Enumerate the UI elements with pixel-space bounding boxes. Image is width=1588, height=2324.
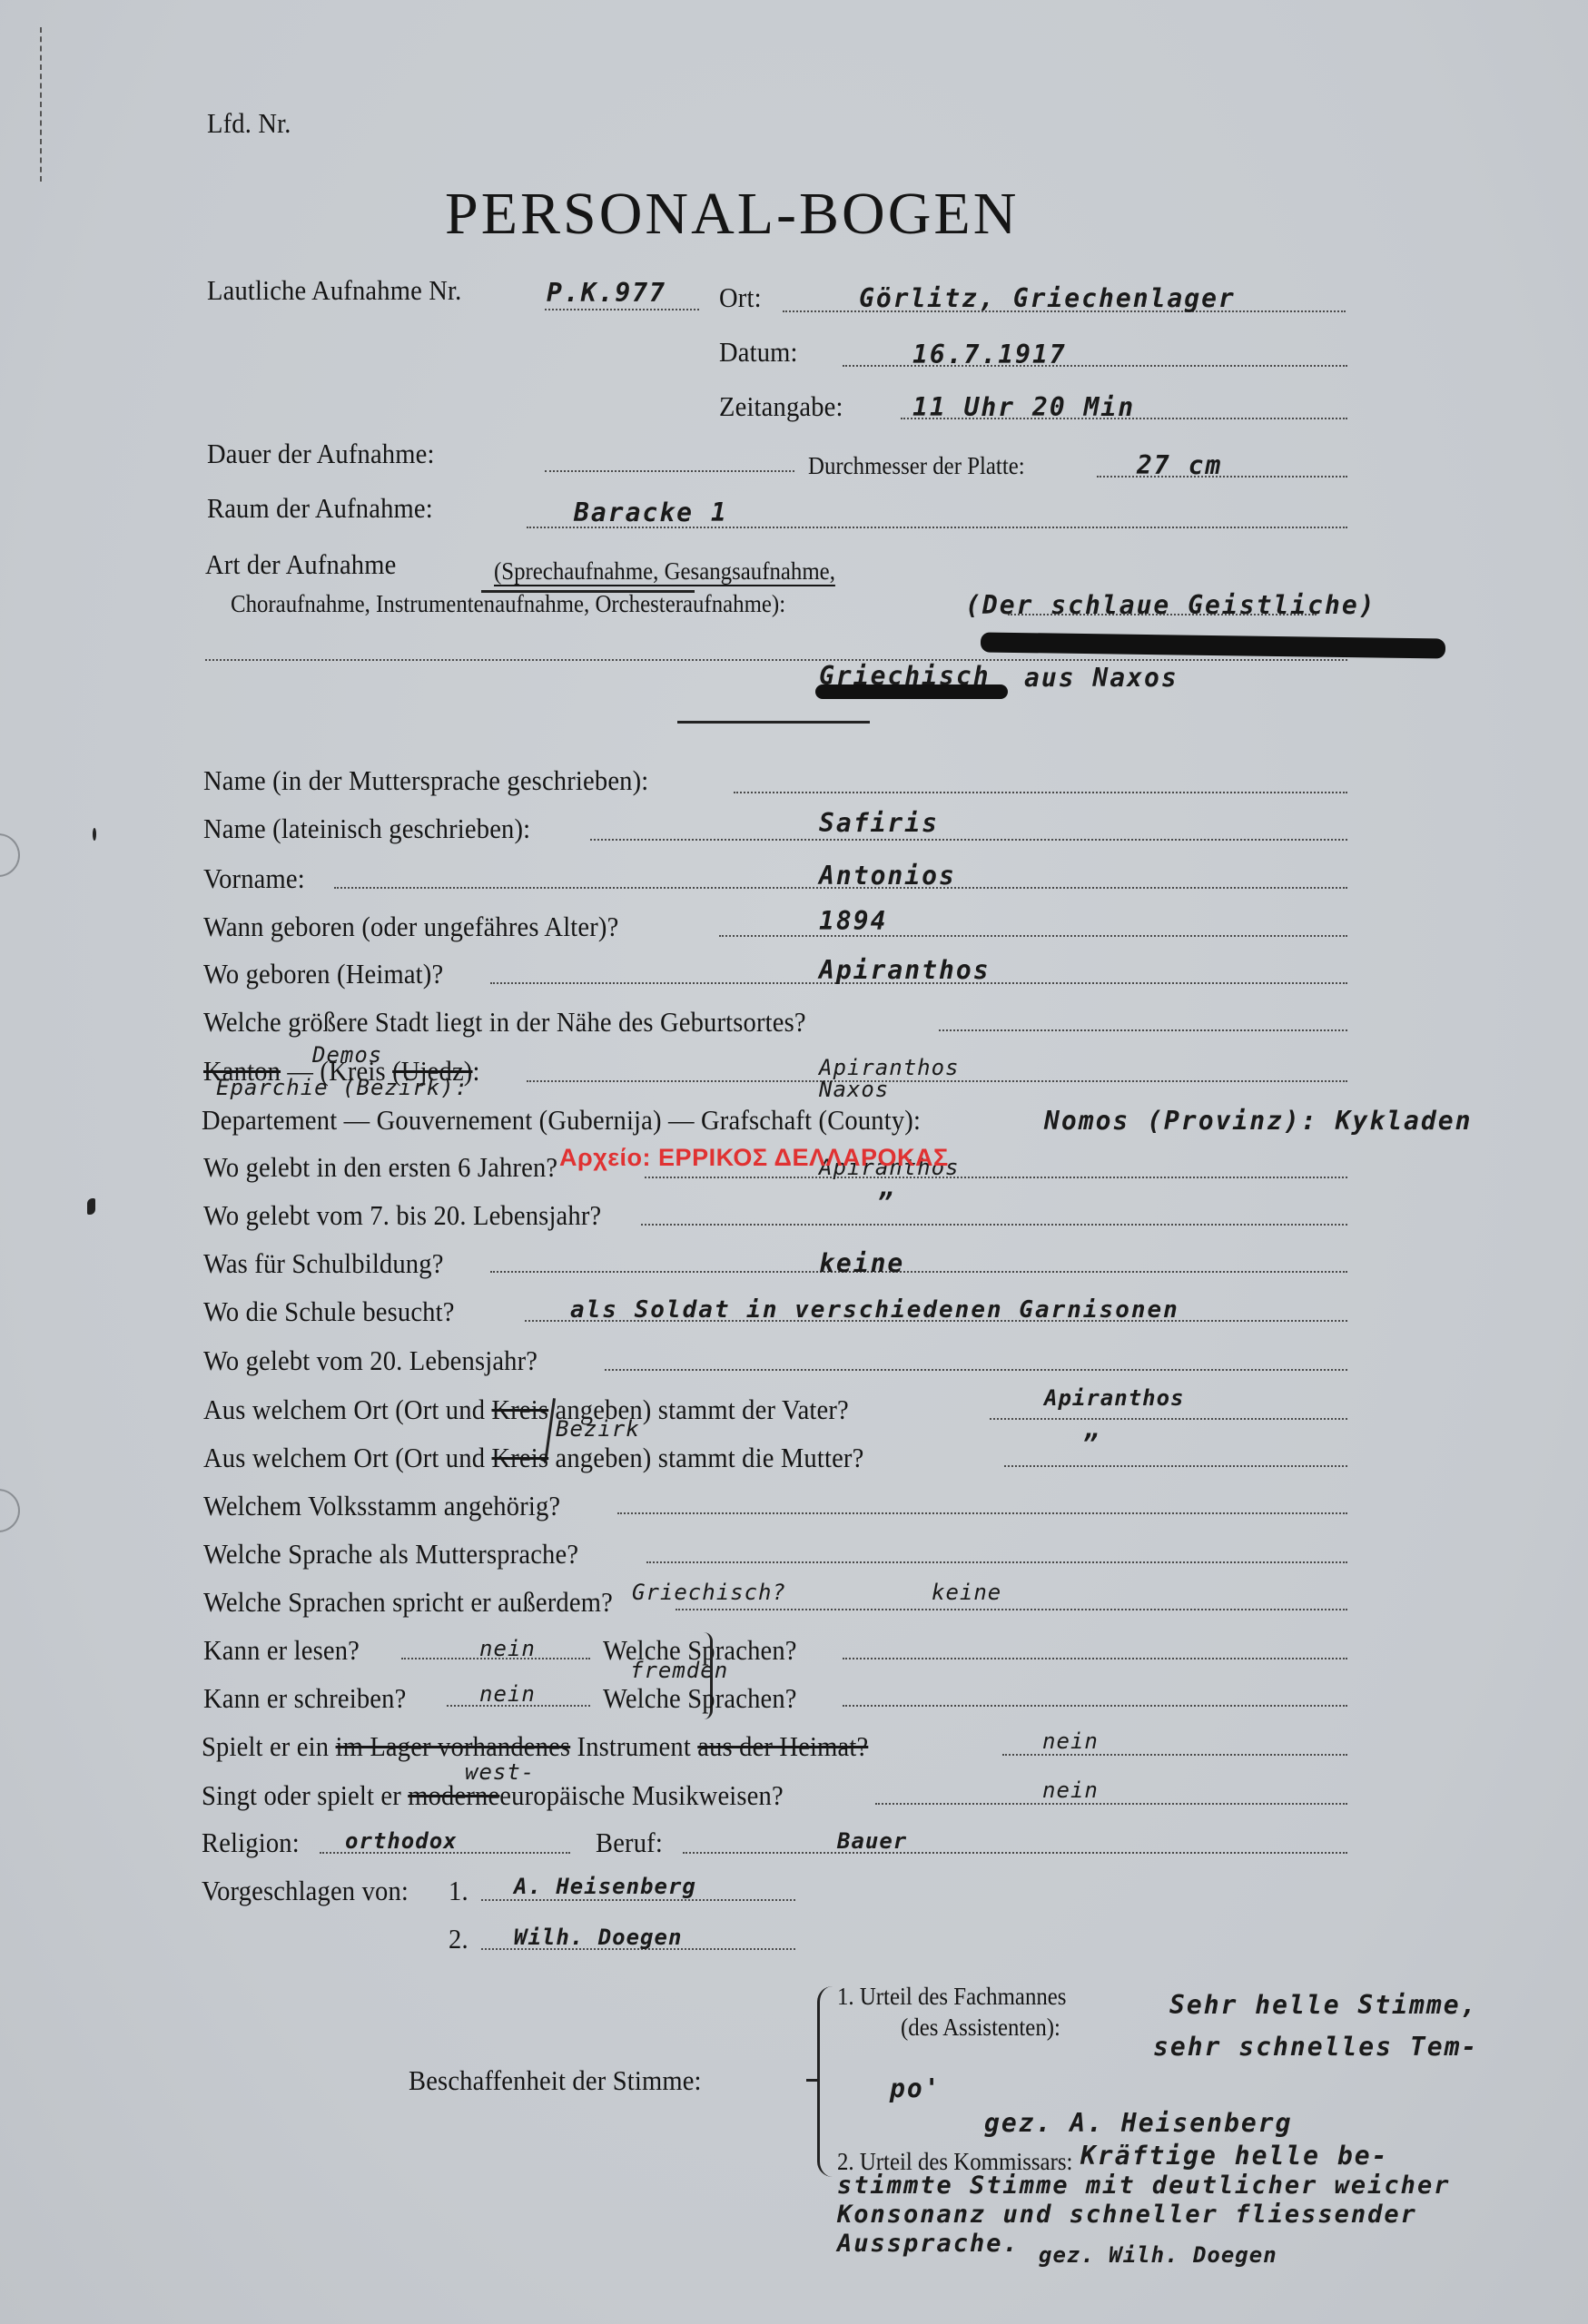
schreiben-sprachen-field-line xyxy=(843,1705,1347,1707)
eparchie-label: Eparchie (Bezirk): xyxy=(216,1075,469,1100)
urteil1-label-line2: (des Assistenten): xyxy=(901,2014,1060,2042)
musik-label-b: europäische Musikweisen? xyxy=(499,1779,783,1811)
musik-label-a: Singt oder spielt er xyxy=(202,1779,401,1811)
document-page: Lfd. Nr. PERSONAL-BOGEN Lautliche Aufnah… xyxy=(0,0,1588,2324)
mutter-label-a: Aus welchem Ort (Ort und xyxy=(203,1442,485,1473)
beruf-label: Beruf: xyxy=(596,1827,663,1859)
heimat-label: Wo geboren (Heimat)? xyxy=(203,958,443,990)
musik-label: Singt oder spielt er moderneeuropäische … xyxy=(202,1779,784,1812)
fremden-insert: fremden xyxy=(630,1658,728,1683)
urteil2-text-line2: stimmte Stimme mit deutlicher weicher xyxy=(837,2171,1450,2200)
urteil1-signature: gez. A. Heisenberg xyxy=(984,2108,1292,2138)
schulbildung-value: keine xyxy=(819,1248,904,1278)
musik-field-line xyxy=(875,1803,1347,1805)
section-divider xyxy=(677,721,870,724)
geboren-label: Wann geboren (oder ungefähres Alter)? xyxy=(203,911,618,943)
aufnahme-nr-label: Lautliche Aufnahme Nr. xyxy=(207,274,461,307)
aufnahme-nr-field-line xyxy=(545,309,699,310)
art-option-sprechaufnahme: (Sprechaufnahme, Gesangsaufnahme, xyxy=(494,557,835,585)
vorgeschlagen-1-num: 1. xyxy=(449,1875,469,1907)
musik-struck-moderne: moderne xyxy=(408,1779,499,1811)
punch-hole-mark xyxy=(0,833,20,877)
erste6-field-line xyxy=(645,1177,1347,1178)
name-latein-label: Name (lateinisch geschrieben): xyxy=(203,812,530,845)
instrument-struck-heimat: aus der Heimat? xyxy=(697,1730,868,1762)
departement-value: Nomos (Provinz): Kykladen xyxy=(1044,1106,1472,1136)
art-field-line-2 xyxy=(205,659,1347,661)
art-options-line2: Choraufnahme, Instrumentenaufnahme, Orch… xyxy=(231,590,785,618)
schule-value: als Soldat in verschiedenen Garnisonen xyxy=(570,1296,1179,1324)
sprachen-label: Welche Sprachen spricht er außerdem? xyxy=(203,1586,613,1619)
art-label: Art der Aufnahme xyxy=(205,548,396,581)
religion-label: Religion: xyxy=(202,1827,300,1859)
mutter-label: Aus welchem Ort (Ort und Kreis angeben) … xyxy=(203,1442,863,1474)
datum-value: 16.7.1917 xyxy=(912,340,1067,369)
stimme-brace-point xyxy=(806,2079,817,2082)
margin-tick-line xyxy=(40,27,42,182)
art-value-line2-origin: aus Naxos xyxy=(1024,663,1179,693)
art-options-line1: (Sprechaufnahme, Gesangsaufnahme, xyxy=(494,557,835,586)
urteil1-text-line2: sehr schnelles Tem- xyxy=(1153,2032,1478,2062)
name-latein-field-line xyxy=(590,839,1347,841)
ab20-label: Wo gelebt vom 20. Lebensjahr? xyxy=(203,1344,538,1377)
sprachen-value: keine xyxy=(932,1580,1001,1605)
art-field-line xyxy=(1008,614,1317,615)
dauer-label: Dauer der Aufnahme: xyxy=(207,438,435,470)
vorgeschlagen-1-field-line xyxy=(481,1899,795,1901)
vorgeschlagen-2-value: Wilh. Doegen xyxy=(514,1925,682,1950)
ort-value: Görlitz, Griechenlager xyxy=(859,283,1236,313)
durchmesser-value: 27 cm xyxy=(1137,450,1222,480)
mutter-kreis-struck: Kreis xyxy=(491,1442,548,1473)
name-mutter-field-line xyxy=(734,792,1347,793)
stadt-field-line xyxy=(939,1029,1347,1031)
sprachen-insert: Griechisch? xyxy=(632,1580,786,1605)
zeitangabe-value: 11 Uhr 20 Min xyxy=(912,392,1135,422)
schreiben-value: nein xyxy=(479,1681,536,1707)
page-title: PERSONAL-BOGEN xyxy=(445,180,1019,249)
vorgeschlagen-2-num: 2. xyxy=(449,1923,469,1955)
vorgeschlagen-label: Vorgeschlagen von: xyxy=(202,1875,409,1907)
archive-watermark: Αρχείο: ΕΡΡΙΚΟΣ ΔΕΛΛΑΡΟΚΑΣ xyxy=(559,1144,949,1172)
mutter-label-b: angeben) stammt die Mutter? xyxy=(555,1442,863,1473)
raum-label: Raum der Aufnahme: xyxy=(207,492,433,525)
zeitangabe-label: Zeitangabe: xyxy=(719,390,843,423)
urteil1-text-line3: po' xyxy=(890,2073,942,2103)
muttersprache-field-line xyxy=(646,1561,1347,1563)
name-mutter-label: Name (in der Muttersprache geschrieben): xyxy=(203,764,648,797)
musik-value: nein xyxy=(1042,1777,1099,1803)
stimme-label: Beschaffenheit der Stimme: xyxy=(409,2064,702,2097)
beruf-field-line xyxy=(683,1852,1347,1854)
vorname-label: Vorname: xyxy=(203,862,305,895)
dauer-field-line xyxy=(545,470,794,472)
geboren-value: 1894 xyxy=(819,906,887,936)
beruf-value: Bauer xyxy=(837,1828,907,1854)
schulbildung-field-line xyxy=(490,1271,1347,1273)
schulbildung-label: Was für Schulbildung? xyxy=(203,1247,444,1280)
volksstamm-field-line xyxy=(617,1512,1347,1514)
kanton-colon: : xyxy=(472,1055,479,1087)
urteil2-text-line4: Aussprache. xyxy=(837,2230,1020,2258)
stimme-brace xyxy=(817,1986,833,2177)
raum-value: Baracke 1 xyxy=(574,497,728,527)
schule-label: Wo die Schule besucht? xyxy=(203,1295,455,1328)
ort-label: Ort: xyxy=(719,281,762,314)
punch-hole-mark xyxy=(0,1489,20,1532)
kanton-field-line xyxy=(527,1080,1347,1082)
jahre7-20-field-line xyxy=(641,1224,1347,1226)
redaction-marker-stroke xyxy=(981,632,1445,658)
religion-value: orthodox xyxy=(345,1828,458,1854)
departement-label: Departement — Gouvernement (Gubernija) —… xyxy=(202,1104,921,1137)
sprachen-field-line xyxy=(676,1609,1347,1610)
heimat-value: Apiranthos xyxy=(819,955,991,985)
datum-label: Datum: xyxy=(719,336,798,369)
eparchie-value: Naxos xyxy=(819,1077,889,1102)
schreiben-label: Kann er schreiben? xyxy=(203,1682,406,1715)
mutter-value: ” xyxy=(1082,1429,1100,1459)
instrument-value: nein xyxy=(1042,1728,1099,1754)
lfd-nr-label: Lfd. Nr. xyxy=(207,107,291,140)
vater-kreis-struck: Kreis xyxy=(491,1393,548,1425)
geboren-field-line xyxy=(719,935,1347,937)
vater-label-a: Aus welchem Ort (Ort und xyxy=(203,1393,485,1425)
instrument-struck-lager: im Lager vorhandenes xyxy=(336,1730,571,1762)
instrument-field-line xyxy=(1002,1754,1347,1756)
art-value: (Der schlaue Geistliche) xyxy=(965,590,1376,620)
lesen-label: Kann er lesen? xyxy=(203,1634,360,1667)
bezirk-insert: Bezirk xyxy=(556,1416,640,1442)
language-underline-marker xyxy=(815,684,1008,699)
ink-speck xyxy=(87,1198,95,1215)
vater-label: Aus welchem Ort (Ort und Kreis angeben) … xyxy=(203,1393,849,1426)
erste6-label: Wo gelebt in den ersten 6 Jahren? xyxy=(203,1151,557,1184)
name-latein-value: Safiris xyxy=(819,808,939,838)
lesen-sprachen-field-line xyxy=(843,1658,1347,1659)
vorname-value: Antonios xyxy=(819,861,956,891)
instrumentenaufnahme-overline xyxy=(481,590,695,593)
vater-field-line xyxy=(990,1418,1347,1420)
aufnahme-nr-value: P.K.977 xyxy=(547,278,666,308)
instrument-label: Spielt er ein im Lager vorhandenes Instr… xyxy=(202,1730,868,1763)
instrument-label-b: Instrument xyxy=(577,1730,691,1762)
stadt-label: Welche größere Stadt liegt in der Nähe d… xyxy=(203,1006,806,1039)
vater-value: Apiranthos xyxy=(1044,1385,1185,1411)
volksstamm-label: Welchem Volksstamm angehörig? xyxy=(203,1490,560,1522)
ink-speck xyxy=(93,828,96,841)
muttersprache-label: Welche Sprache als Muttersprache? xyxy=(203,1538,578,1571)
urteil1-text-line1: Sehr helle Stimme, xyxy=(1169,1990,1477,2020)
urteil2-signature: gez. Wilh. Doegen xyxy=(1039,2242,1277,2268)
instrument-label-a: Spielt er ein xyxy=(202,1730,329,1762)
urteil2-text-line3: Konsonanz und schneller fliessender xyxy=(837,2201,1417,2229)
durchmesser-label: Durchmesser der Platte: xyxy=(808,452,1025,480)
jahre7-20-label: Wo gelebt vom 7. bis 20. Lebensjahr? xyxy=(203,1199,601,1232)
vorgeschlagen-1-value: A. Heisenberg xyxy=(514,1874,696,1899)
jahre7-20-value: ” xyxy=(877,1187,894,1217)
mutter-field-line xyxy=(1004,1465,1347,1467)
urteil1-label-line1: 1. Urteil des Fachmannes xyxy=(837,1983,1066,2011)
schreiben-sprachen-label: Welche Sprachen? xyxy=(603,1682,797,1715)
urteil2-text-line1: Kräftige helle be- xyxy=(1080,2141,1388,2171)
lesen-value: nein xyxy=(479,1636,536,1661)
ab20-field-line xyxy=(605,1369,1347,1371)
